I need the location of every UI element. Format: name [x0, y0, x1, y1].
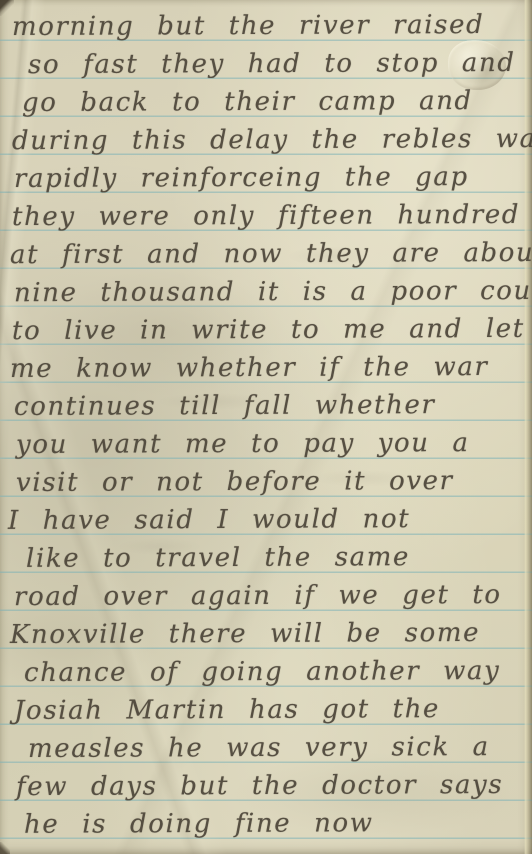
handwriting-line: you want me to pay you a: [16, 428, 470, 460]
handwriting-line: Knoxville there will be some: [10, 618, 480, 650]
handwriting-line: nine thousand it is a poor count: [14, 276, 532, 308]
handwriting-line: road over again if we get to: [14, 580, 502, 612]
handwriting-line: like to travel the same: [26, 542, 410, 574]
handwriting-line: they were only fifteen hundred: [12, 200, 520, 232]
handwriting-line: visit or not before it over: [16, 466, 454, 498]
handwriting-line: chance of going another way: [24, 656, 501, 688]
handwriting-line: morning but the river raised: [12, 10, 484, 42]
handwriting-line: measles he was very sick a: [28, 732, 490, 764]
handwriting-line: go back to their camp and: [22, 86, 473, 118]
handwriting-line: few days but the doctor says: [16, 770, 503, 802]
handwriting-line: he is doing fine now: [24, 808, 374, 840]
handwriting-line: so fast they had to stop and: [28, 48, 516, 80]
handwriting-line: at first and now they are about: [10, 238, 532, 270]
handwriting-line: rapidly reinforceing the gap: [14, 162, 469, 194]
handwriting-line: me know whether if the war: [10, 352, 489, 384]
handwriting-line: to live in write to me and let: [12, 314, 525, 346]
handwriting-line: during this delay the rebles was: [12, 124, 532, 156]
handwriting-line: I have said I would not: [8, 504, 410, 536]
handwriting-line: Josiah Martin has got the: [14, 694, 440, 726]
corner-stain-bottom-left: [0, 842, 10, 854]
handwriting-line: continues till fall whether: [14, 390, 436, 422]
letter-page: morning but the river raised so fast the…: [0, 0, 532, 854]
